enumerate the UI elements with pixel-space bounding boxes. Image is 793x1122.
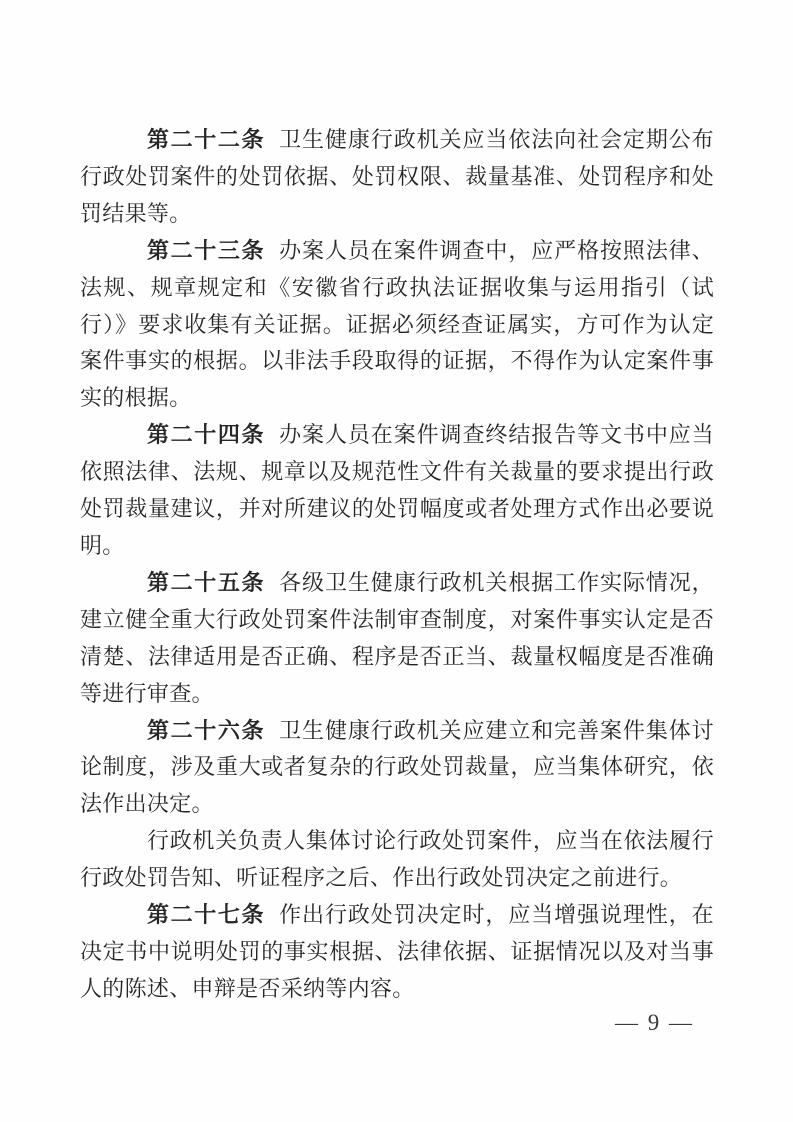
paragraph-5: 第二十六条卫生健康行政机关应建立和完善案件集体讨论制度，涉及重大或者复杂的行政处… — [80, 713, 714, 824]
paragraph-4: 第二十五条各级卫生健康行政机关根据工作实际情况，建立健全重大行政处罚案件法制审查… — [80, 565, 714, 713]
paragraph-text: 办案人员在案件调查中，应严格按照法律、法规、规章规定和《安徽省行政执法证据收集与… — [80, 238, 714, 411]
paragraph-1: 第二十二条卫生健康行政机关应当依法向社会定期公布行政处罚案件的处罚依据、处罚权限… — [80, 122, 714, 233]
article-number: 第二十二条 — [147, 127, 265, 152]
paragraph-3: 第二十四条办案人员在案件调查终结报告等文书中应当依照法律、法规、规章以及规范性文… — [80, 417, 714, 565]
document-page: 第二十二条卫生健康行政机关应当依法向社会定期公布行政处罚案件的处罚依据、处罚权限… — [0, 0, 793, 1122]
paragraph-2: 第二十三条办案人员在案件调查中，应严格按照法律、法规、规章规定和《安徽省行政执法… — [80, 233, 714, 418]
article-number: 第二十三条 — [147, 238, 265, 263]
page-number: — 9 — — [615, 1008, 725, 1038]
paragraph-text: 行政机关负责人集体讨论行政处罚案件，应当在依法履行行政处罚告知、听证程序之后、作… — [80, 828, 714, 890]
article-number: 第二十五条 — [147, 570, 265, 595]
article-number: 第二十六条 — [147, 718, 265, 743]
article-number: 第二十七条 — [147, 902, 265, 927]
paragraph-6: 行政机关负责人集体讨论行政处罚案件，应当在依法履行行政处罚告知、听证程序之后、作… — [80, 823, 714, 897]
article-text-block: 第二十二条卫生健康行政机关应当依法向社会定期公布行政处罚案件的处罚依据、处罚权限… — [80, 122, 714, 1008]
paragraph-7: 第二十七条作出行政处罚决定时，应当增强说理性，在决定书中说明处罚的事实根据、法律… — [80, 897, 714, 1008]
article-number: 第二十四条 — [147, 422, 265, 447]
